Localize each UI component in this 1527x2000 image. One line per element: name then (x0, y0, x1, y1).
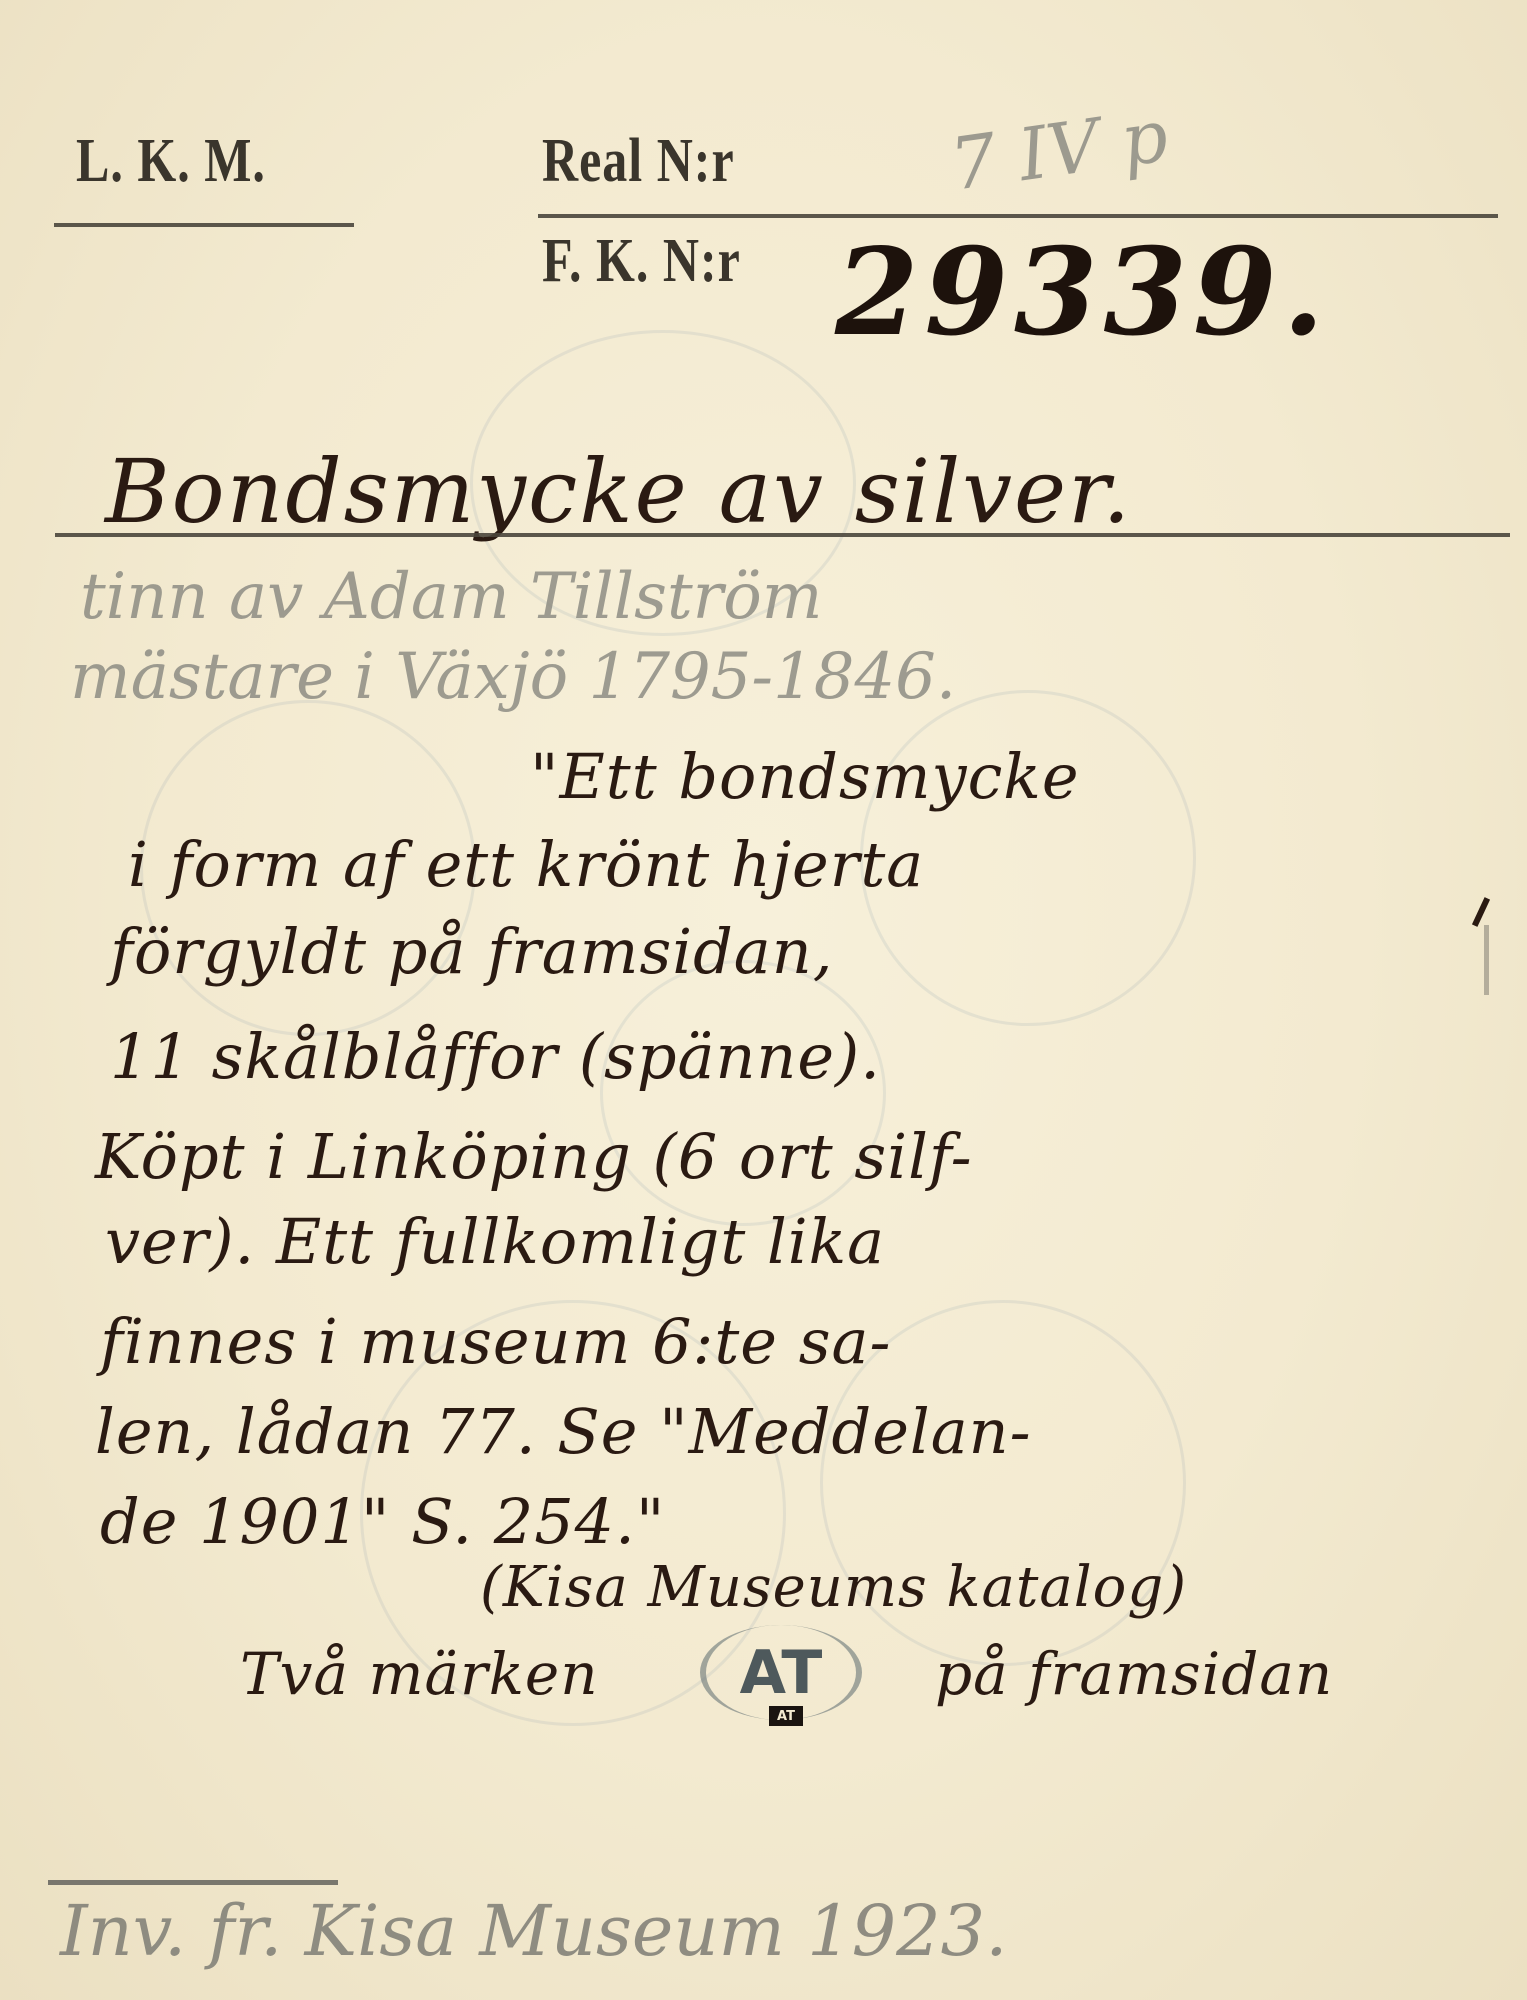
institution-rule (54, 223, 354, 227)
inventory-note: Inv. fr. Kisa Museum 1923. (60, 1890, 1007, 1972)
fk-number-value: 29339. (835, 222, 1330, 363)
institution-label: L. K. M. (76, 124, 266, 197)
pencil-smudge (1484, 925, 1489, 995)
description-line: i form af ett krönt hjerta (128, 828, 924, 901)
pencil-note-line-1: tinn av Adam Tillström (80, 560, 822, 634)
pencil-note-line-2: mästare i Växjö 1795-1846. (70, 640, 956, 714)
maker-mark-stamp-letters: AT (777, 1709, 795, 1724)
real-number-rule (538, 214, 1498, 218)
description-line: ver). Ett fullkomligt lika (105, 1205, 885, 1278)
description-line: Köpt i Linköping (6 ort silf- (95, 1120, 973, 1193)
maker-mark-text-before: Två märken (240, 1640, 599, 1708)
title-rule (55, 533, 1510, 537)
catalog-card: L. K. M. Real N:r 7 IV p F. K. N:r 29339… (0, 0, 1527, 2000)
fk-number-label: F. K. N:r (542, 224, 741, 297)
description-line: finnes i museum 6:te sa- (100, 1305, 891, 1378)
maker-mark-text-after: på framsidan (935, 1640, 1333, 1708)
description-line: len, lådan 77. Se "Meddelan- (95, 1395, 1032, 1468)
description-line: förgyldt på framsidan, (110, 915, 833, 988)
description-source: (Kisa Museums katalog) (480, 1555, 1187, 1620)
footer-rule (48, 1880, 338, 1885)
real-number-value: 7 IV p (945, 93, 1173, 207)
description-line: de 1901" S. 254." (100, 1485, 665, 1558)
description-line: "Ett bondsmycke (530, 740, 1080, 813)
real-number-label: Real N:r (542, 124, 735, 197)
description-line: 11 skålblåffor (spänne). (110, 1020, 881, 1093)
maker-mark-letters: AT (740, 1638, 823, 1708)
pen-tick-mark (1472, 897, 1490, 927)
object-title: Bondsmycke av silver. (105, 440, 1132, 543)
maker-mark-printed-stamp: AT (769, 1706, 803, 1726)
